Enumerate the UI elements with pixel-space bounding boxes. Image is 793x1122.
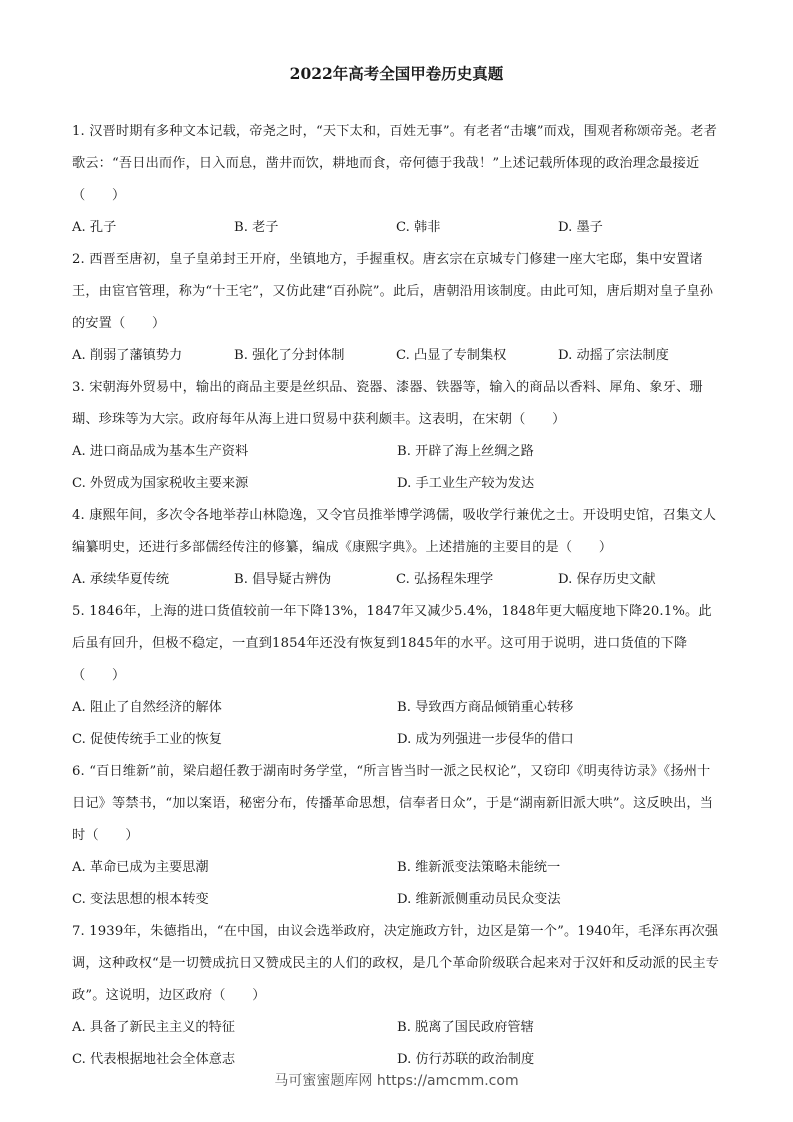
option-b: B. 老子 [234,212,396,244]
option-list: A. 具备了新民主主义的特征B. 脱离了国民政府管辖C. 代表根据地社会全体意志… [72,1012,722,1076]
option-d: D. 维新派侧重动员民众变法 [397,884,722,916]
question-4: 4. 康熙年间，多次令各地举荐山林隐逸，又令官员推举博学鸿儒，吸收学行兼优之士。… [72,500,722,596]
question-stem: 2. 西晋至唐初，皇子皇弟封王开府，坐镇地方，手握重权。唐玄宗在京城专门修建一座… [72,244,722,340]
option-list: A. 革命已成为主要思潮B. 维新派变法策略未能统一C. 变法思想的根本转变D.… [72,852,722,916]
question-stem: 7. 1939年，朱德指出，“在中国，由议会选举政府，决定施政方针，边区是第一个… [72,916,722,1012]
option-d: D. 墨子 [558,212,720,244]
option-d: D. 手工业生产较为发达 [397,468,722,500]
question-stem: 1. 汉晋时期有多种文本记载，帝尧之时，“天下太和，百姓无事”。有老者“击壤”而… [72,116,722,212]
question-7: 7. 1939年，朱德指出，“在中国，由议会选举政府，决定施政方针，边区是第一个… [72,916,722,1076]
question-3: 3. 宋朝海外贸易中，输出的商品主要是丝织品、瓷器、漆器、铁器等，输入的商品以香… [72,372,722,500]
option-list: A. 削弱了藩镇势力B. 强化了分封体制C. 凸显了专制集权D. 动摇了宗法制度 [72,340,722,372]
option-a: A. 进口商品成为基本生产资料 [72,436,397,468]
option-a: A. 革命已成为主要思潮 [72,852,397,884]
option-d: D. 保存历史文献 [558,564,720,596]
option-b: B. 倡导疑古辨伪 [234,564,396,596]
question-stem: 3. 宋朝海外贸易中，输出的商品主要是丝织品、瓷器、漆器、铁器等，输入的商品以香… [72,372,722,436]
option-c: C. 变法思想的根本转变 [72,884,397,916]
question-5: 5. 1846年，上海的进口货值较前一年下降13%，1847年又减少5.4%，1… [72,596,722,756]
option-list: A. 承续华夏传统B. 倡导疑古辨伪C. 弘扬程朱理学D. 保存历史文献 [72,564,722,596]
page-title: 2022年高考全国甲卷历史真题 [0,62,793,84]
option-a: A. 孔子 [72,212,234,244]
option-c: C. 促使传统手工业的恢复 [72,724,397,756]
option-b: B. 开辟了海上丝绸之路 [397,436,722,468]
question-6: 6. “百日维新”前，梁启超任教于湖南时务学堂，“所言皆当时一派之民权论”，又窃… [72,756,722,916]
question-stem: 5. 1846年，上海的进口货值较前一年下降13%，1847年又减少5.4%，1… [72,596,722,692]
option-c: C. 韩非 [396,212,558,244]
option-d: D. 动摇了宗法制度 [558,340,720,372]
option-b: B. 脱离了国民政府管辖 [397,1012,722,1044]
question-stem: 6. “百日维新”前，梁启超任教于湖南时务学堂，“所言皆当时一派之民权论”，又窃… [72,756,722,852]
option-b: B. 维新派变法策略未能统一 [397,852,722,884]
option-list: A. 孔子B. 老子C. 韩非D. 墨子 [72,212,722,244]
option-a: A. 具备了新民主主义的特征 [72,1012,397,1044]
option-a: A. 阻止了自然经济的解体 [72,692,397,724]
option-list: A. 进口商品成为基本生产资料B. 开辟了海上丝绸之路C. 外贸成为国家税收主要… [72,436,722,500]
option-c: C. 凸显了专制集权 [396,340,558,372]
question-list: 1. 汉晋时期有多种文本记载，帝尧之时，“天下太和，百姓无事”。有老者“击壤”而… [72,116,722,1076]
option-a: A. 削弱了藩镇势力 [72,340,234,372]
option-b: B. 导致西方商品倾销重心转移 [397,692,722,724]
option-c: C. 弘扬程朱理学 [396,564,558,596]
question-stem: 4. 康熙年间，多次令各地举荐山林隐逸，又令官员推举博学鸿儒，吸收学行兼优之士。… [72,500,722,564]
question-2: 2. 西晋至唐初，皇子皇弟封王开府，坐镇地方，手握重权。唐玄宗在京城专门修建一座… [72,244,722,372]
question-1: 1. 汉晋时期有多种文本记载，帝尧之时，“天下太和，百姓无事”。有老者“击壤”而… [72,116,722,244]
option-c: C. 外贸成为国家税收主要来源 [72,468,397,500]
option-b: B. 强化了分封体制 [234,340,396,372]
option-list: A. 阻止了自然经济的解体B. 导致西方商品倾销重心转移C. 促使传统手工业的恢… [72,692,722,756]
option-d: D. 成为列强进一步侵华的借口 [397,724,722,756]
footer-watermark: 马可蜜蜜题库网 https://amcmm.com [0,1070,793,1090]
option-a: A. 承续华夏传统 [72,564,234,596]
